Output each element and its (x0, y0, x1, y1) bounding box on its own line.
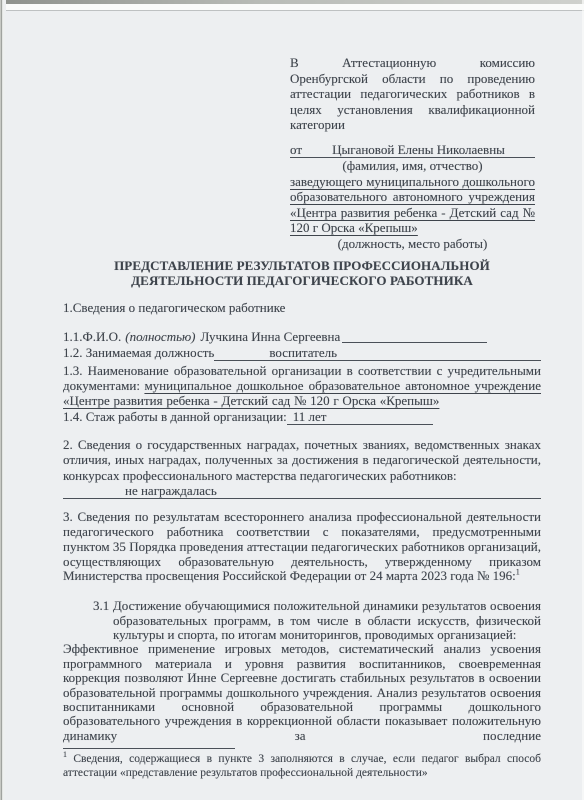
section-3-paragraph: 3. Сведения по результатам всестороннего… (63, 510, 541, 584)
field-tenure-label: 1.4. Стаж работы в данной организации: (63, 409, 287, 427)
field-position-row: 1.2. Занимаемая должность воспитатель (63, 345, 541, 363)
awards-value-row: не награждалась (63, 483, 541, 499)
field-fio-label: 1.1.Ф.И.О. (63, 329, 121, 344)
position-block: заведующего муниципального дошкольного о… (290, 174, 535, 236)
section-3-text: 3. Сведения по результатам всестороннего… (63, 509, 541, 583)
footnote-divider (63, 748, 235, 749)
field-fio-row: 1.1.Ф.И.О. (полностью) Лучкина Инна Серг… (63, 329, 541, 344)
position-caption: (должность, место работы) (290, 236, 535, 252)
field-position-value: воспитатель (214, 345, 541, 361)
scan-edge-left-line (1, 0, 2, 800)
paragraph-3-1-body: Эффективное применение игровых методов, … (63, 642, 541, 742)
item-3-1: 3.1 Достижение обучающимися положительно… (63, 599, 541, 642)
footnote: 1 Сведения, содержащиеся в пункте 3 запо… (63, 748, 541, 781)
footnote-marker: 1 (63, 750, 67, 759)
field-fio-note: (полностью) (125, 329, 195, 344)
header-address-block: В Аттестационную комиссию Оренбургской о… (290, 55, 535, 251)
footnote-ref: 1 (516, 568, 520, 577)
recipient-paragraph: В Аттестационную комиссию Оренбургской о… (290, 55, 535, 133)
field-tenure-row: 1.4. Стаж работы в данной организации: 1… (63, 409, 541, 427)
scan-edge-top-line (0, 10, 584, 11)
fio-underline (342, 329, 487, 342)
footnote-text-block: 1 Сведения, содержащиеся в пункте 3 запо… (63, 752, 541, 781)
from-name: Цыгановой Елены Николаевны (302, 142, 535, 158)
section-2-paragraph: 2. Сведения о государственных наградах, … (63, 437, 541, 483)
from-label: от (290, 142, 302, 158)
scanned-document-page: В Аттестационную комиссию Оренбургской о… (0, 0, 584, 800)
from-row: от Цыгановой Елены Николаевны (290, 142, 535, 159)
section-1-heading: 1.Сведения о педагогическом работнике (63, 300, 541, 315)
footnote-text: Сведения, содержащиеся в пункте 3 заполн… (63, 753, 541, 780)
field-position-label: 1.2. Занимаемая должность (63, 345, 214, 363)
document-title: ПРЕДСТАВЛЕНИЕ РЕЗУЛЬТАТОВ ПРОФЕССИОНАЛЬН… (63, 259, 541, 288)
document-content: В Аттестационную комиссию Оренбургской о… (63, 55, 541, 781)
fio-caption: (фамилия, имя, отчество) (290, 158, 535, 174)
field-fio-value: Лучкина Инна Сергеевна (201, 329, 341, 344)
field-tenure-value: 11 лет (287, 409, 433, 425)
org-paragraph: 1.3. Наименование образовательной органи… (63, 363, 541, 409)
